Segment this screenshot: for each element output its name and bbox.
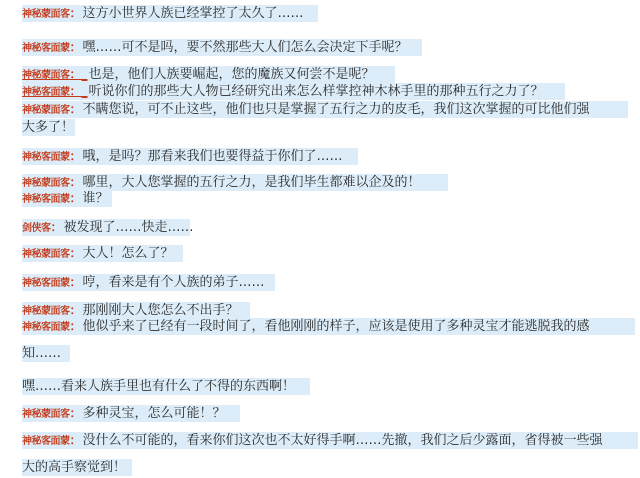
dialogue-line-continuation: 知……: [22, 345, 70, 362]
speaker-label: 神秘蒙面客: [22, 249, 70, 260]
speaker-label-link[interactable]: 神秘客面蒙: [22, 87, 70, 98]
speaker-colon: ：: [70, 102, 82, 116]
dialogue-text: 被发现了……快走……: [64, 220, 194, 235]
dialogue-text: 那刚刚大人您怎么不出手？: [83, 303, 239, 318]
speaker-label: 神秘客面蒙: [22, 278, 70, 289]
dialogue-text: 哦，是吗？那看来我们也要得益于你们了……: [83, 149, 343, 164]
dialogue-line: 神秘蒙面客：那刚刚大人您怎么不出手？: [22, 302, 250, 319]
dialogue-line: 神秘客面蒙：_听说你们的那些大人物已经研究出来怎么样掌控神木林手里的那种五行之力…: [22, 83, 565, 100]
speaker-label: 剑侠客: [22, 223, 51, 234]
dialogue-text: 多种灵宝，怎么可能！？: [83, 406, 226, 421]
speaker-colon: ：_: [70, 84, 88, 98]
dialogue-text: 哪里，大人您掌握的五行之力，是我们毕生都难以企及的！: [83, 175, 421, 190]
speaker-label: 神秘客面蒙: [22, 322, 70, 333]
speaker-colon: ：: [70, 40, 82, 54]
dialogue-line: 神秘蒙面客：_也是，他们人族要崛起，您的魔族又何尝不是呢？: [22, 66, 395, 83]
dialogue-line: 神秘客面蒙：哦，是吗？那看来我们也要得益于你们了……: [22, 148, 358, 165]
dialogue-text: 没什么不可能的，看来你们这次也不太好得手啊……先撤，我们之后少露面，省得被一些强: [83, 433, 603, 448]
dialogue-text: 谁？: [83, 191, 109, 206]
speaker-label: 神秘蒙面客: [22, 178, 70, 189]
speaker-colon: ：: [70, 433, 82, 447]
dialogue-line: 神秘蒙面客：大人！怎么了？: [22, 245, 183, 262]
dialogue-text: 他似乎来了已经有一段时间了，看他刚刚的样子，应该是使用了多种灵宝才能逃脱我的感: [83, 319, 590, 334]
speaker-label: 神秘蒙面客: [22, 409, 70, 420]
dialogue-line-continuation: 大多了！: [22, 119, 75, 136]
dialogue-text: 嘿……可不是吗，要不然那些大人们怎么会决定下手呢？: [83, 40, 408, 55]
speaker-label: 神秘客面蒙: [22, 194, 70, 205]
speaker-colon: ：: [70, 275, 82, 289]
speaker-colon: ：: [70, 319, 82, 333]
dialogue-text: 嘿……看来人族手里也有什么了不得的东西啊！: [22, 379, 295, 394]
speaker-colon: ：: [70, 149, 82, 163]
speaker-colon: ：: [70, 6, 82, 20]
speaker-colon: ：: [70, 175, 82, 189]
speaker-colon: ：: [51, 220, 63, 234]
dialogue-text: 这方小世界人族已经掌控了太久了……: [83, 6, 304, 21]
dialogue-line: 神秘蒙面客：这方小世界人族已经掌控了太久了……: [22, 5, 318, 22]
dialogue-text: 大的高手察觉到！: [22, 460, 126, 475]
dialogue-line-narration: 嘿……看来人族手里也有什么了不得的东西啊！: [22, 378, 310, 395]
dialogue-text: 听说你们的那些大人物已经研究出来怎么样掌控神木林手里的那种五行之力了？: [89, 84, 544, 99]
dialogue-line: 神秘客面蒙：嘿……可不是吗，要不然那些大人们怎么会决定下手呢？: [22, 39, 422, 56]
dialogue-line: 神秘客面蒙：他似乎来了已经有一段时间了，看他刚刚的样子，应该是使用了多种灵宝才能…: [22, 318, 635, 335]
dialogue-text: 也是，他们人族要崛起，您的魔族又何尝不是呢？: [89, 67, 375, 82]
dialogue-line: 剑侠客：被发现了……快走……: [22, 219, 190, 236]
speaker-label-link[interactable]: 神秘蒙面客: [22, 70, 70, 81]
speaker-colon: ：: [70, 246, 82, 260]
dialogue-text: 大多了！: [22, 120, 74, 135]
speaker-colon: ：: [70, 406, 82, 420]
dialogue-text: 大人！怎么了？: [83, 246, 174, 261]
speaker-label: 神秘蒙面客: [22, 9, 70, 20]
speaker-label: 神秘客面蒙: [22, 152, 70, 163]
speaker-colon: ：: [70, 191, 82, 205]
speaker-label: 神秘蒙面客: [22, 306, 70, 317]
dialogue-line: 神秘蒙面客：多种灵宝，怎么可能！？: [22, 405, 240, 422]
dialogue-text: 知……: [22, 346, 61, 361]
dialogue-line: 神秘客面蒙：没什么不可能的，看来你们这次也不太好得手啊……先撤，我们之后少露面，…: [22, 432, 638, 449]
dialogue-line: 神秘蒙面客：哪里，大人您掌握的五行之力，是我们毕生都难以企及的！: [22, 174, 448, 191]
speaker-colon: ：: [70, 303, 82, 317]
dialogue-text: 哼，看来是有个人族的弟子……: [83, 275, 265, 290]
dialogue-line: 神秘蒙面客：不瞒您说，可不止这些，他们也只是掌握了五行之力的皮毛，我们这次掌握的…: [22, 101, 628, 118]
speaker-colon: ：_: [70, 67, 88, 81]
dialogue-line-continuation: 大的高手察觉到！: [22, 459, 132, 476]
speaker-label: 神秘客面蒙: [22, 43, 70, 54]
speaker-label: 神秘客面蒙: [22, 436, 70, 447]
dialogue-line: 神秘客面蒙：谁？: [22, 190, 112, 207]
dialogue-text: 不瞒您说，可不止这些，他们也只是掌握了五行之力的皮毛，我们这次掌握的可比他们强: [83, 102, 590, 117]
speaker-label: 神秘蒙面客: [22, 105, 70, 116]
dialogue-line: 神秘客面蒙：哼，看来是有个人族的弟子……: [22, 274, 275, 291]
